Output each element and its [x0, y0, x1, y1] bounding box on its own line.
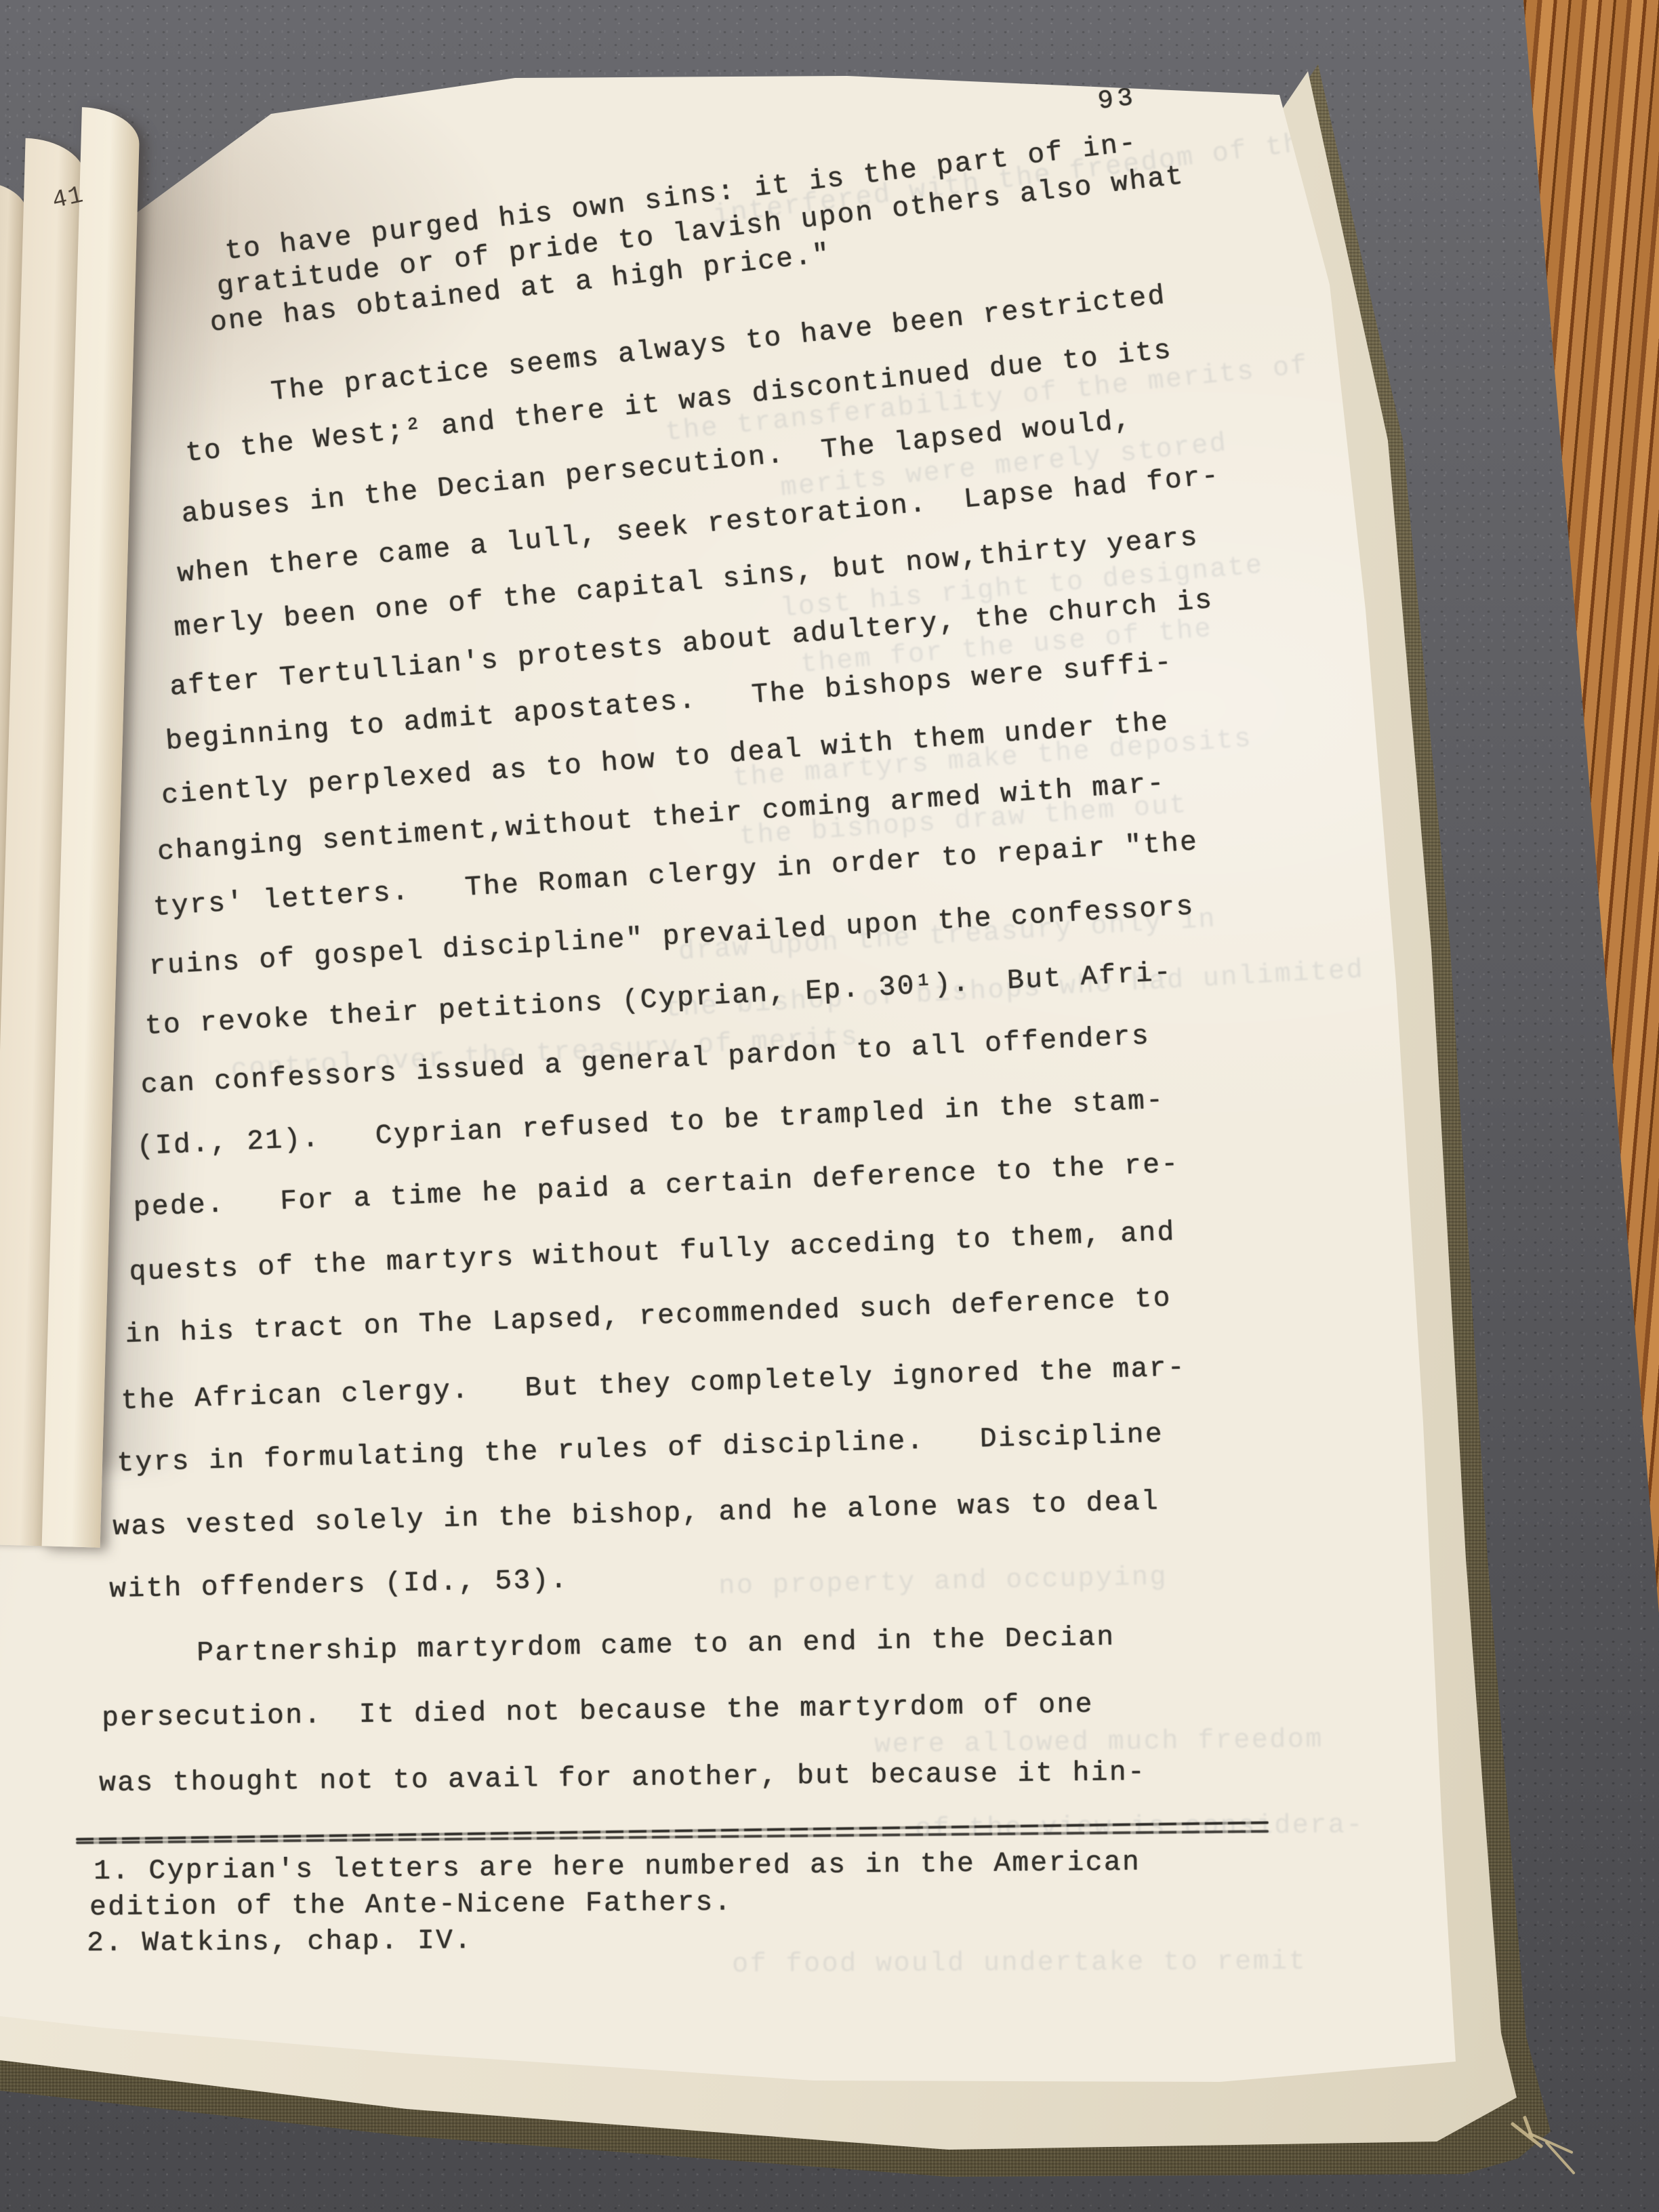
typed-line: the African clergy. But they completely …: [121, 1355, 1187, 1416]
typed-line: quests of the martyrs without fully acce…: [129, 1219, 1176, 1287]
footnote-rule: [76, 1821, 1269, 1847]
bleedthrough-line: were allowed much freedom: [874, 1727, 1324, 1759]
photo-scene: interfered with the freedom of the the t…: [0, 0, 1659, 2212]
typed-line: with offenders (Id., 53).: [109, 1567, 569, 1604]
footnote-line: edition of the Ante-Nicene Fathers.: [89, 1889, 733, 1922]
bleedthrough-line: of food would undertake to remit: [732, 1949, 1307, 1979]
typed-line: was vested solely in the bishop, and he …: [112, 1488, 1160, 1542]
typed-line: pede. For a time he paid a certain defer…: [133, 1151, 1180, 1223]
bleedthrough-line: no property and occupying: [718, 1564, 1168, 1601]
footnote-line: 2. Watkins, chap. IV.: [87, 1927, 472, 1958]
typed-line: tyrs in formulating the rules of discipl…: [117, 1421, 1164, 1478]
footnote-line: 1. Cyprian's letters are here numbered a…: [94, 1849, 1141, 1886]
typed-line: in his tract on The Lapsed, recommended …: [125, 1285, 1172, 1349]
typed-line: Partnership martyrdom came to an end in …: [197, 1624, 1115, 1668]
frayed-corner: [1503, 2121, 1605, 2196]
typed-line: persecution. It died not because the mar…: [102, 1692, 1094, 1733]
typed-line: was thought not to avail for another, bu…: [99, 1759, 1146, 1798]
typed-line: (Id., 21). Cyprian refused to be trample…: [136, 1087, 1165, 1162]
page-number: 93: [1097, 85, 1139, 115]
